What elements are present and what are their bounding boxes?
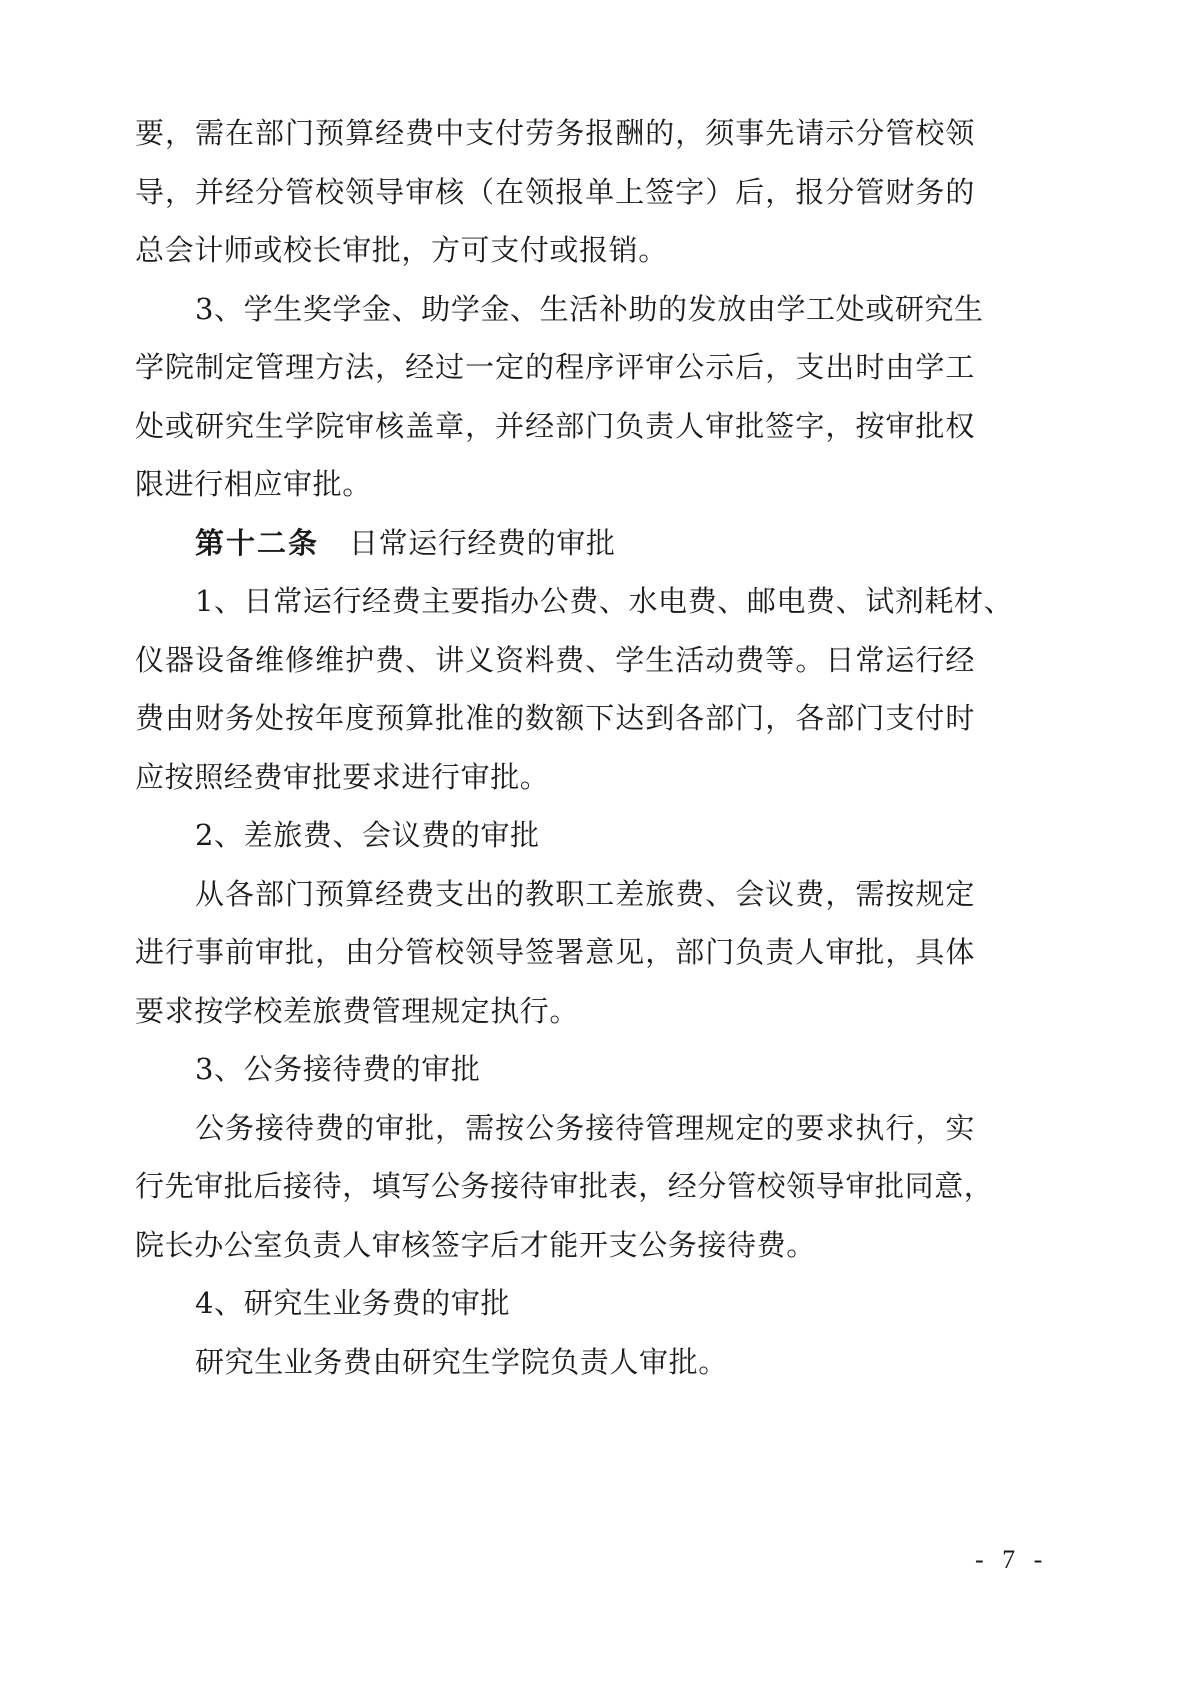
- section-heading: 3、公务接待费的审批: [135, 1040, 985, 1099]
- paragraph-line: 费由财务处按年度预算批准的数额下达到各部门，各部门支付时: [135, 689, 975, 748]
- document-body: 要，需在部门预算经费中支付劳务报酬的，须事先请示分管校领 导，并经分管校领导审核…: [135, 104, 985, 1391]
- paragraph-line: 公务接待费的审批，需按公务接待管理规定的要求执行，实: [135, 1099, 975, 1158]
- paragraph-line: 限进行相应审批。: [135, 455, 985, 514]
- paragraph-line: 学院制定管理方法，经过一定的程序评审公示后，支出时由学工: [135, 338, 975, 397]
- paragraph-line: 应按照经费审批要求进行审批。: [135, 748, 985, 807]
- section-heading: 4、研究生业务费的审批: [135, 1274, 985, 1333]
- paragraph-line: 从各部门预算经费支出的教职工差旅费、会议费，需按规定: [135, 865, 975, 924]
- paragraph-line: 处或研究生学院审核盖章，并经部门负责人审批签字，按审批权: [135, 397, 975, 456]
- paragraph-line: 行先审批后接待，填写公务接待审批表，经分管校领导审批同意，: [135, 1157, 975, 1216]
- paragraph-line: 仪器设备维修维护费、讲义资料费、学生活动费等。日常运行经: [135, 631, 975, 690]
- paragraph-line: 进行事前审批，由分管校领导签署意见，部门负责人审批，具体: [135, 923, 975, 982]
- article-title: 日常运行经费的审批: [349, 526, 615, 560]
- page-number: - 7 -: [975, 1540, 1048, 1580]
- paragraph-line: 总会计师或校长审批，方可支付或报销。: [135, 221, 985, 280]
- document-page: 要，需在部门预算经费中支付劳务报酬的，须事先请示分管校领 导，并经分管校领导审核…: [0, 0, 1199, 1696]
- paragraph-line: 1、日常运行经费主要指办公费、水电费、邮电费、试剂耗材、: [135, 572, 975, 631]
- paragraph-line: 院长办公室负责人审核签字后才能开支公务接待费。: [135, 1216, 985, 1275]
- section-heading: 2、差旅费、会议费的审批: [135, 806, 985, 865]
- article-heading: 第十二条日常运行经费的审批: [135, 514, 985, 573]
- paragraph-line: 要求按学校差旅费管理规定执行。: [135, 982, 985, 1041]
- paragraph-line: 导，并经分管校领导审核（在领报单上签字）后，报分管财务的: [135, 163, 975, 222]
- paragraph-line: 3、学生奖学金、助学金、生活补助的发放由学工处或研究生: [135, 280, 975, 339]
- paragraph-line: 要，需在部门预算经费中支付劳务报酬的，须事先请示分管校领: [135, 104, 975, 163]
- paragraph-line: 研究生业务费由研究生学院负责人审批。: [135, 1333, 985, 1392]
- article-number: 第十二条: [195, 526, 319, 560]
